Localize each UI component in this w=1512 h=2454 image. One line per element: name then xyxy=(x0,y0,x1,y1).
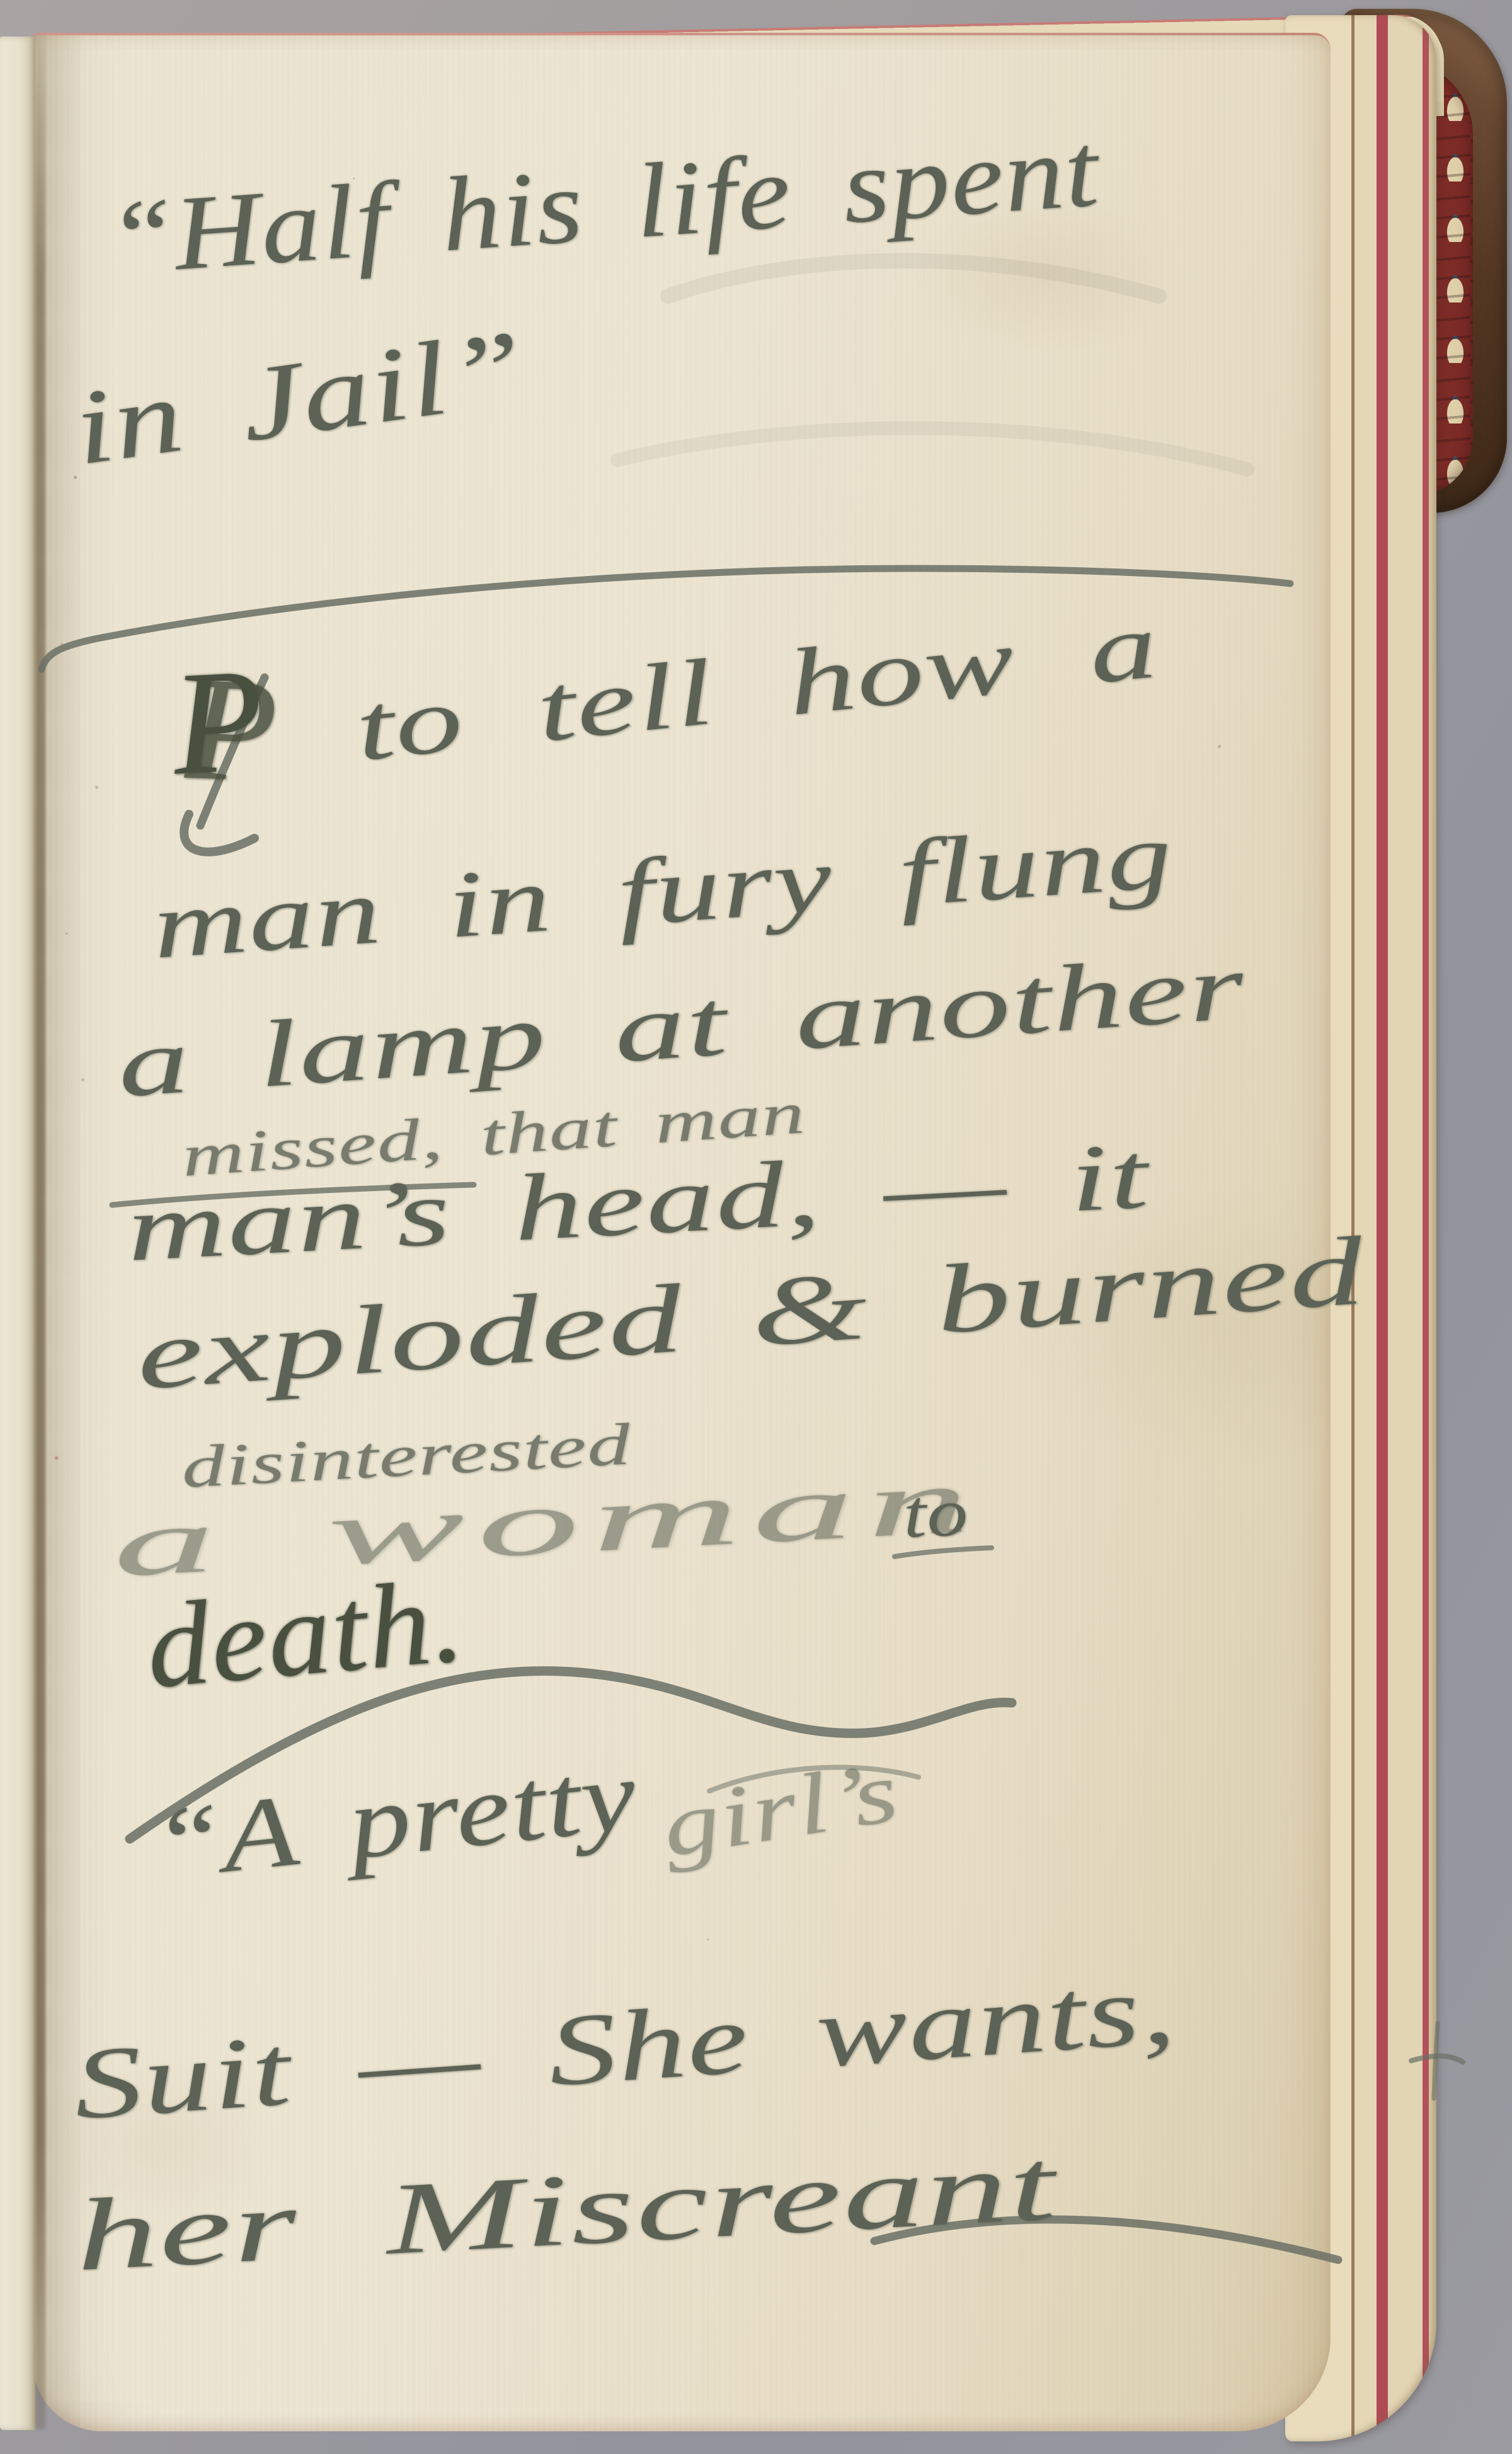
handwritten-line-in-jail: in Jail” xyxy=(68,314,531,481)
handwriting-layer: “Half his life spent in Jail” P P to tel… xyxy=(0,0,1512,2454)
handwritten-word-girls: girl’s xyxy=(656,1748,904,1870)
handwritten-word-to: to xyxy=(902,1478,970,1549)
monogram-p-overstrike: P xyxy=(184,654,281,805)
handwritten-line-a-pretty: “A pretty xyxy=(148,1744,641,1896)
handwritten-line-death: death. xyxy=(142,1560,469,1707)
handwritten-line-half-his-life: “Half his life spent xyxy=(104,117,1102,292)
handwritten-line-to-tell-how-a: to tell how a xyxy=(352,597,1162,776)
handwritten-line-suit-she-wants: Suit — She wants, xyxy=(71,1957,1179,2135)
photo-backdrop: “Half his life spent in Jail” P P to tel… xyxy=(0,0,1512,2454)
handwritten-line-her-miscreant: her Miscreant xyxy=(73,2134,1058,2287)
